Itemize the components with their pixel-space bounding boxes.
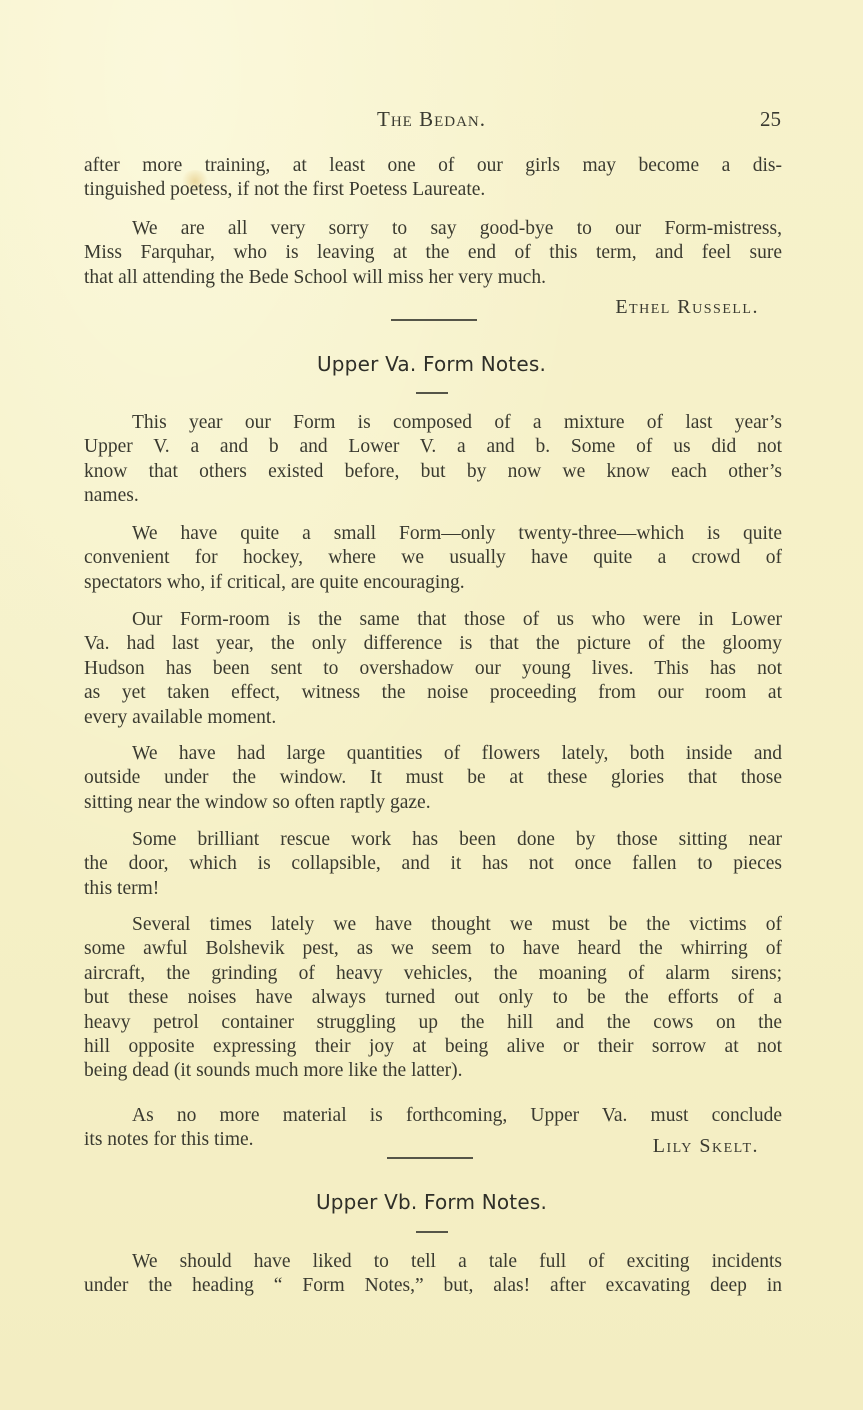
title-underline [416,392,448,394]
va-paragraph-5: Some brilliant rescue work has been done… [84,828,782,901]
running-head: The Bedan. 25 [0,107,863,137]
section-divider [391,319,477,321]
va-paragraph-4: We have had large quantities of flowers … [84,742,782,815]
intro-paragraph-1: after more training, at least one of our… [84,154,782,203]
vb-paragraph-1: We should have liked to tell a tale full… [84,1250,782,1299]
section-title-upper-vb: Upper Vb. Form Notes. [0,1190,863,1214]
document-page: The Bedan. 25 after more training, at le… [0,0,863,1410]
section-divider [387,1157,473,1159]
page-number: 25 [760,107,781,132]
section-title-upper-va: Upper Va. Form Notes. [0,352,863,376]
signature-lily-skelt: Lily Skelt. [653,1135,759,1158]
va-paragraph-6: Several times lately we have thought we … [84,913,782,1084]
va-paragraph-1: This year our Form is composed of a mixt… [84,411,782,509]
title-underline [416,1231,448,1233]
journal-title: The Bedan. [0,107,863,132]
intro-paragraph-2: We are all very sorry to say good-bye to… [84,217,782,290]
va-paragraph-3: Our Form-room is the same that those of … [84,608,782,730]
signature-ethel-russell: Ethel Russell. [615,296,759,319]
va-paragraph-2: We have quite a small Form—only twenty-t… [84,522,782,595]
